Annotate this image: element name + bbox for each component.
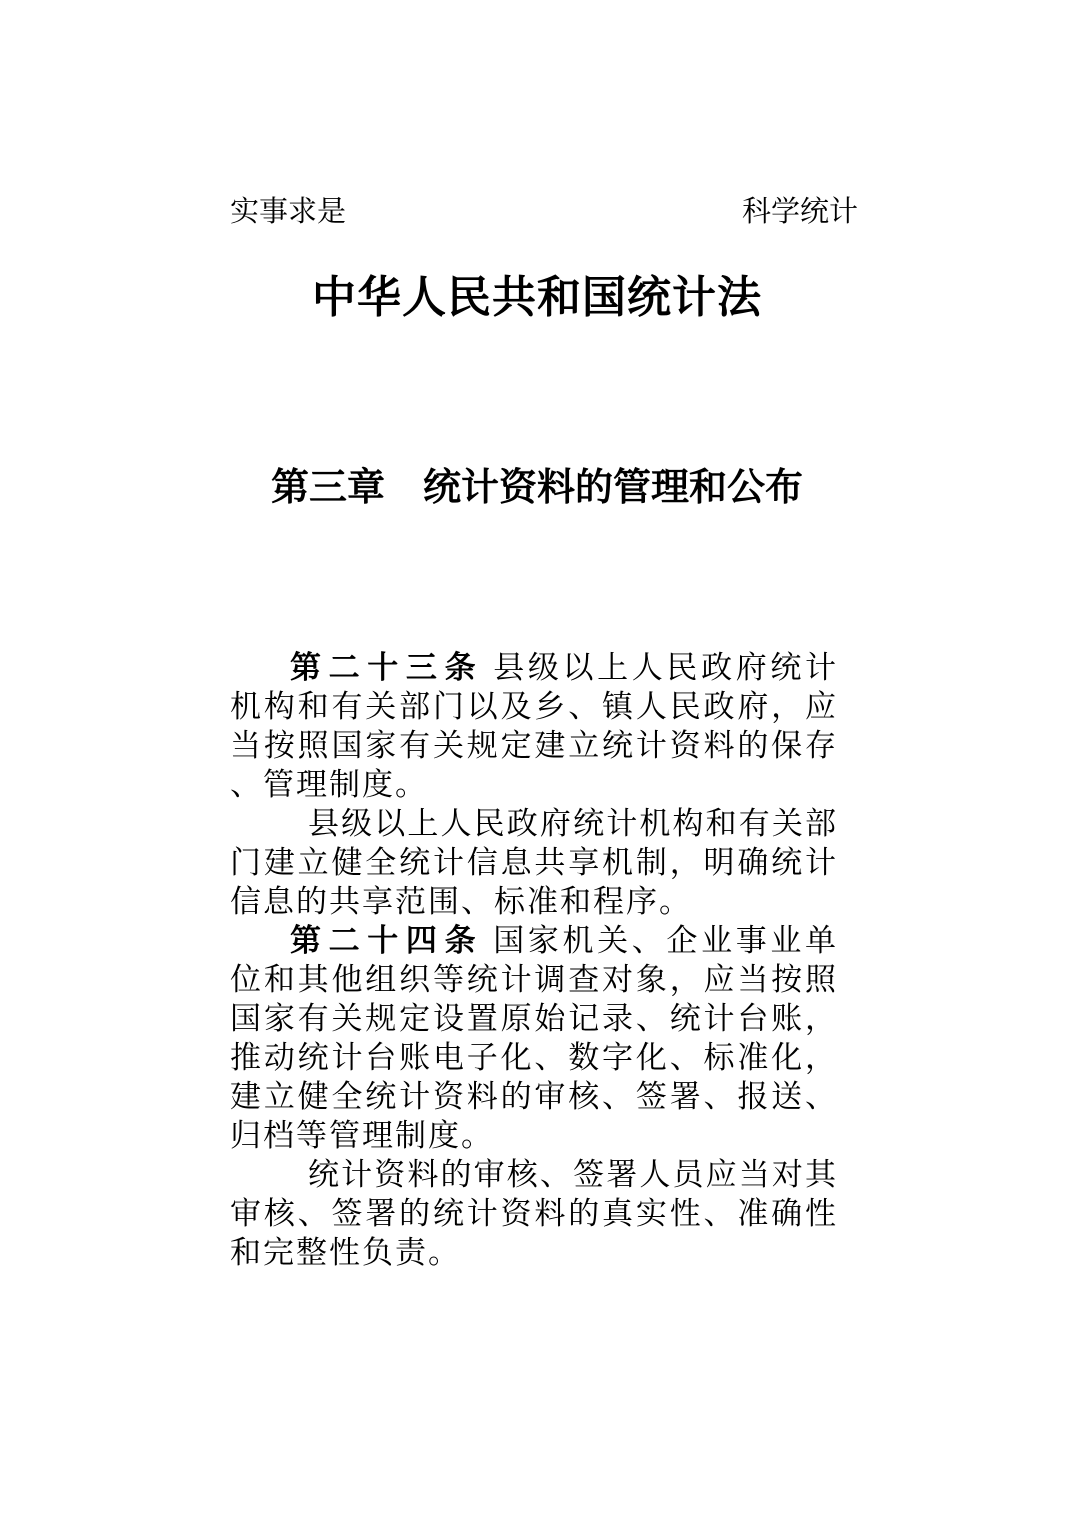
paragraph: 第二十三条县级以上人民政府统计机构和有关部门以及乡、镇人民政府，应当按照国家有关…	[230, 648, 838, 804]
article-paragraphs: 第二十三条县级以上人民政府统计机构和有关部门以及乡、镇人民政府，应当按照国家有关…	[230, 648, 838, 1272]
page-header: 实事求是 科学统计	[230, 196, 858, 229]
header-left-motto: 实事求是	[230, 196, 346, 229]
paragraph: 统计资料的审核、签署人员应当对其审核、签署的统计资料的真实性、准确性和完整性负责…	[230, 1155, 838, 1272]
paragraph: 第二十四条国家机关、企业事业单位和其他组织等统计调查对象，应当按照国家有关规定设…	[230, 921, 838, 1155]
paragraph: 县级以上人民政府统计机构和有关部门建立健全统计信息共享机制，明确统计信息的共享范…	[230, 804, 838, 921]
document-title: 中华人民共和国统计法	[0, 272, 1074, 325]
document-page: 实事求是 科学统计 中华人民共和国统计法 第三章统计资料的管理和公布 第二十三条…	[0, 0, 1074, 1520]
article-number: 第二十三条	[290, 650, 483, 685]
chapter-heading: 第三章统计资料的管理和公布	[0, 466, 1074, 512]
chapter-title: 统计资料的管理和公布	[423, 467, 803, 509]
header-right-motto: 科学统计	[742, 196, 858, 229]
article-number: 第二十四条	[290, 923, 483, 958]
chapter-number: 第三章	[271, 467, 385, 509]
